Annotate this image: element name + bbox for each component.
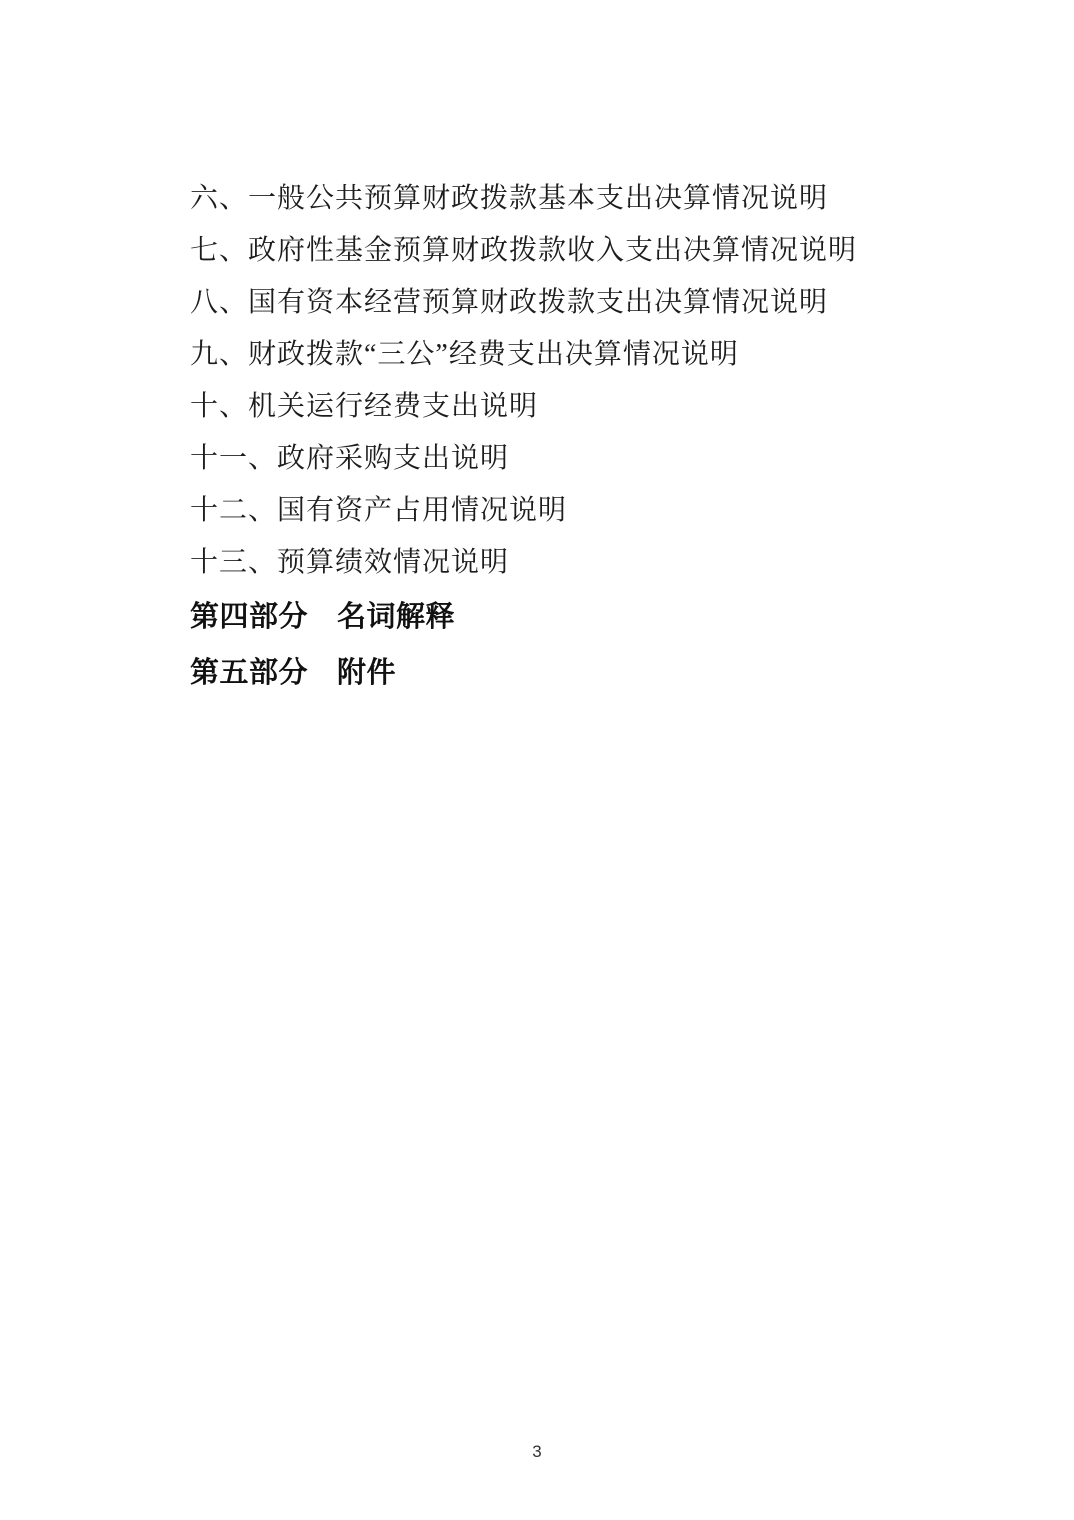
toc-item: 十二、国有资产占用情况说明 [190,482,984,534]
section-part-label: 第五部分 [190,650,308,691]
toc-item: 十、机关运行经费支出说明 [190,378,984,430]
page-footer: 3 [0,1442,1074,1462]
section-heading-part4: 第四部分 名词解释 [190,586,984,642]
section-heading-part5: 第五部分 附件 [190,642,984,698]
toc-item: 八、国有资本经营预算财政拨款支出决算情况说明 [190,274,984,326]
toc-item: 七、政府性基金预算财政拨款收入支出决算情况说明 [190,222,984,274]
document-page: 六、一般公共预算财政拨款基本支出决算情况说明 七、政府性基金预算财政拨款收入支出… [0,0,1074,1520]
table-of-contents: 六、一般公共预算财政拨款基本支出决算情况说明 七、政府性基金预算财政拨款收入支出… [190,170,984,698]
section-part-title: 名词解释 [337,594,455,635]
section-part-label: 第四部分 [190,594,308,635]
toc-item: 十三、预算绩效情况说明 [190,534,984,586]
toc-item: 十一、政府采购支出说明 [190,430,984,482]
toc-item: 九、财政拨款“三公”经费支出决算情况说明 [190,326,984,378]
section-part-title: 附件 [337,650,396,691]
toc-item: 六、一般公共预算财政拨款基本支出决算情况说明 [190,170,984,222]
page-number: 3 [532,1442,541,1461]
